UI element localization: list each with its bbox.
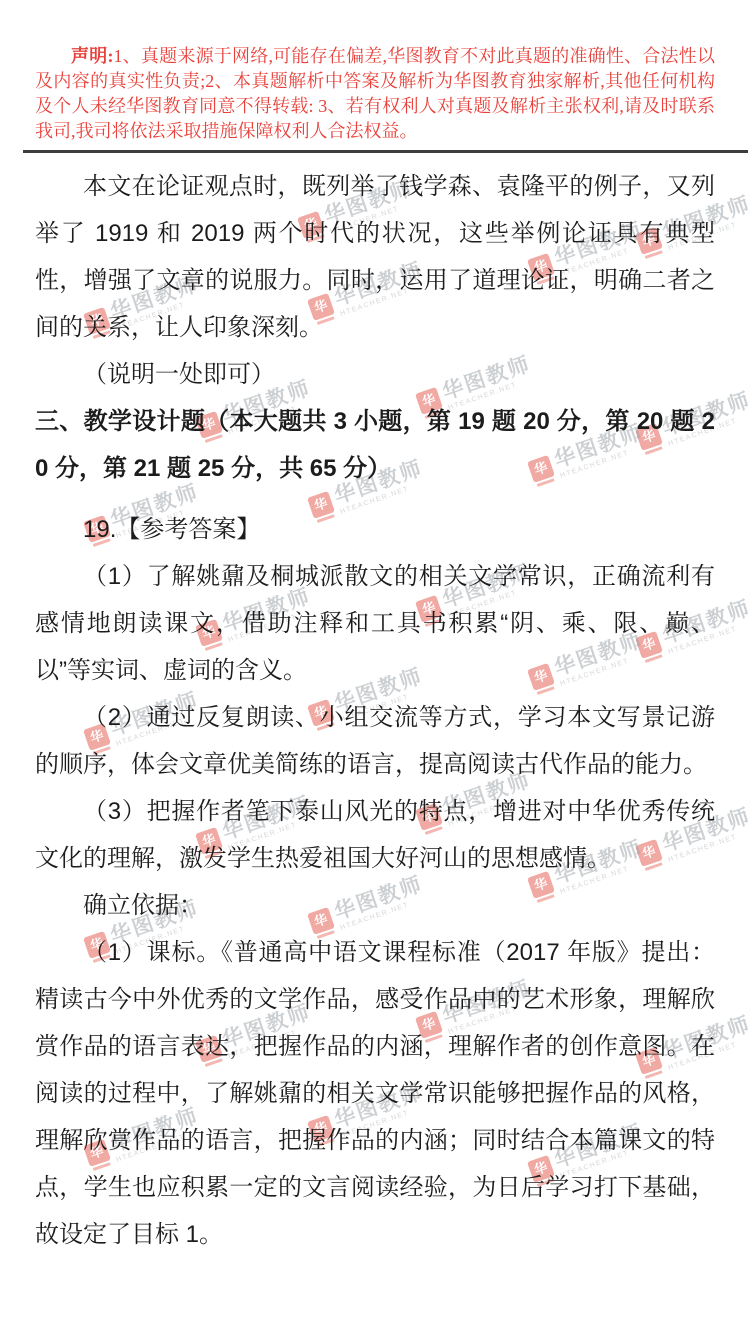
paragraph: （2）通过反复朗读、小组交流等方式，学习本文写景记游的顺序，体会文章优美简练的语…	[35, 694, 715, 788]
section-heading: 三、教学设计题（本大题共 3 小题，第 19 题 20 分，第 20 题 20 …	[35, 398, 715, 492]
paragraph: （1）了解姚鼐及桐城派散文的相关文学常识，正确流利有感情地朗读课文，借助注释和工…	[35, 553, 715, 694]
paragraph: 本文在论证观点时，既列举了钱学森、袁隆平的例子，又列举了 1919 和 2019…	[35, 163, 715, 351]
paragraph: （3）把握作者笔下泰山风光的特点，增进对中华优秀传统文化的理解，激发学生热爱祖国…	[35, 788, 715, 882]
divider	[23, 150, 748, 153]
disclaimer-label: 声明:	[71, 46, 113, 66]
document-page: { "disclaimer": { "label": "声明:", "body"…	[0, 0, 748, 1335]
paragraph: 19.【参考答案】	[35, 506, 715, 553]
paragraph: （说明一处即可）	[35, 351, 715, 398]
paragraph: 确立依据：	[35, 882, 715, 929]
paragraph: （1）课标。《普通高中语文课程标准（2017 年版》提出：精读古今中外优秀的文学…	[35, 929, 715, 1258]
disclaimer-text: 1、真题来源于网络,可能存在偏差,华图教育不对此真题的准确性、合法性以及内容的真…	[35, 46, 715, 141]
disclaimer: 声明:1、真题来源于网络,可能存在偏差,华图教育不对此真题的准确性、合法性以及内…	[35, 44, 715, 144]
document-body: 声明:1、真题来源于网络,可能存在偏差,华图教育不对此真题的准确性、合法性以及内…	[0, 0, 748, 1258]
blocks-container: 本文在论证观点时，既列举了钱学森、袁隆平的例子，又列举了 1919 和 2019…	[35, 163, 715, 1258]
